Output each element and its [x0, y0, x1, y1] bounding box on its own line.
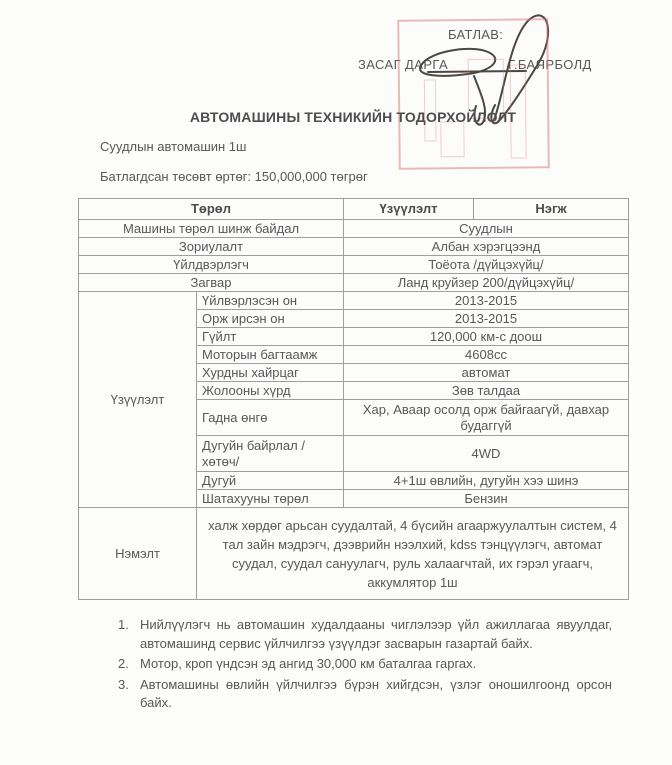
table-row: Үзүүлэлт Үйлвэрлэсэн он 2013-2015: [79, 292, 629, 310]
table-row: Машины төрөл шинж байдал Суудлын: [79, 220, 629, 238]
row-label: Зориулалт: [79, 238, 344, 256]
row-label: Дугуйн байрлал /хөтөч/: [197, 436, 344, 472]
list-item-number: 2.: [118, 655, 140, 674]
row-value: 4608сс: [344, 346, 629, 364]
row-value: Албан хэрэгцээнд: [344, 238, 629, 256]
row-label: Үйлдвэрлэгч: [79, 256, 344, 274]
row-value: 4+1ш өвлийн, дугуйн хээ шинэ: [344, 472, 629, 490]
header-unit: Нэгж: [474, 199, 629, 220]
row-label: Дугуй: [197, 472, 344, 490]
list-item-text: Автомашины өвлийн үйлчилгээ бүрэн хийгдс…: [140, 676, 612, 713]
list-item-number: 1.: [118, 616, 140, 653]
row-value: Ланд круйзер 200/дүйцэхүйц/: [344, 274, 629, 292]
list-item: 3. Автомашины өвлийн үйлчилгээ бүрэн хий…: [118, 676, 612, 713]
row-label: Орж ирсэн он: [197, 310, 344, 328]
list-item: 2. Мотор, кроп үндсэн эд ангид 30,000 км…: [118, 655, 612, 674]
table-row: Үйлдвэрлэгч Тоёота /дүйцэхүйц/: [79, 256, 629, 274]
extra-label: Нэмэлт: [79, 508, 197, 600]
requirements-list: 1. Нийлүүлэгч нь автомашин худалдааны чи…: [118, 616, 612, 715]
row-label: Машины төрөл шинж байдал: [79, 220, 344, 238]
document-title: АВТОМАШИНЫ ТЕХНИКИЙН ТОДОРХОЙЛОЛТ: [78, 109, 628, 125]
spec-group-label: Үзүүлэлт: [79, 292, 197, 508]
approver-name: Г.БАЯРБОЛД: [508, 57, 592, 72]
spec-table: Төрөл Үзүүлэлт Нэгж Машины төрөл шинж ба…: [78, 198, 629, 600]
row-value: Зөв талдаа: [344, 382, 629, 400]
row-label: Загвар: [79, 274, 344, 292]
document-subtitle: Суудлын автомашин 1ш: [100, 139, 246, 154]
row-value: 4WD: [344, 436, 629, 472]
table-row-extra: Нэмэлт халж хөрдөг арьсан суудалтай, 4 б…: [79, 508, 629, 600]
extra-value: халж хөрдөг арьсан суудалтай, 4 бүсийн а…: [197, 508, 629, 600]
row-value: 2013-2015: [344, 310, 629, 328]
approval-heading: БАТЛАВ:: [448, 27, 503, 42]
list-item-text: Мотор, кроп үндсэн эд ангид 30,000 км ба…: [140, 655, 612, 674]
table-header-row: Төрөл Үзүүлэлт Нэгж: [79, 199, 629, 220]
row-value: 120,000 км-с доош: [344, 328, 629, 346]
budget-line: Батлагдсан төсөвт өртөг: 150,000,000 төг…: [100, 169, 368, 184]
header-indicator: Үзүүлэлт: [344, 199, 474, 220]
scanned-document-page: БАТЛАВ: ЗАСАГ ДАРГА Г.БАЯРБОЛД АВТОМАШИН…: [0, 0, 672, 765]
list-item-text: Нийлүүлэгч нь автомашин худалдааны чиглэ…: [140, 616, 612, 653]
approver-role: ЗАСАГ ДАРГА: [358, 57, 448, 72]
row-value: Хар, Аваар осолд орж байгаагүй, давхар б…: [344, 400, 629, 436]
row-label: Хурдны хайрцаг: [197, 364, 344, 382]
header-type: Төрөл: [79, 199, 344, 220]
list-item-number: 3.: [118, 676, 140, 713]
row-label: Гүйлт: [197, 328, 344, 346]
row-value: автомат: [344, 364, 629, 382]
row-value: 2013-2015: [344, 292, 629, 310]
row-label: Шатахууны төрөл: [197, 490, 344, 508]
row-label: Жолооны хүрд: [197, 382, 344, 400]
row-label: Үйлвэрлэсэн он: [197, 292, 344, 310]
row-label: Моторын багтаамж: [197, 346, 344, 364]
stamp-mark: [440, 121, 464, 157]
list-item: 1. Нийлүүлэгч нь автомашин худалдааны чи…: [118, 616, 612, 653]
row-value: Бензин: [344, 490, 629, 508]
table-row: Загвар Ланд круйзер 200/дүйцэхүйц/: [79, 274, 629, 292]
row-value: Суудлын: [344, 220, 629, 238]
row-label: Гадна өнгө: [197, 400, 344, 436]
table-row: Зориулалт Албан хэрэгцээнд: [79, 238, 629, 256]
row-value: Тоёота /дүйцэхүйц/: [344, 256, 629, 274]
